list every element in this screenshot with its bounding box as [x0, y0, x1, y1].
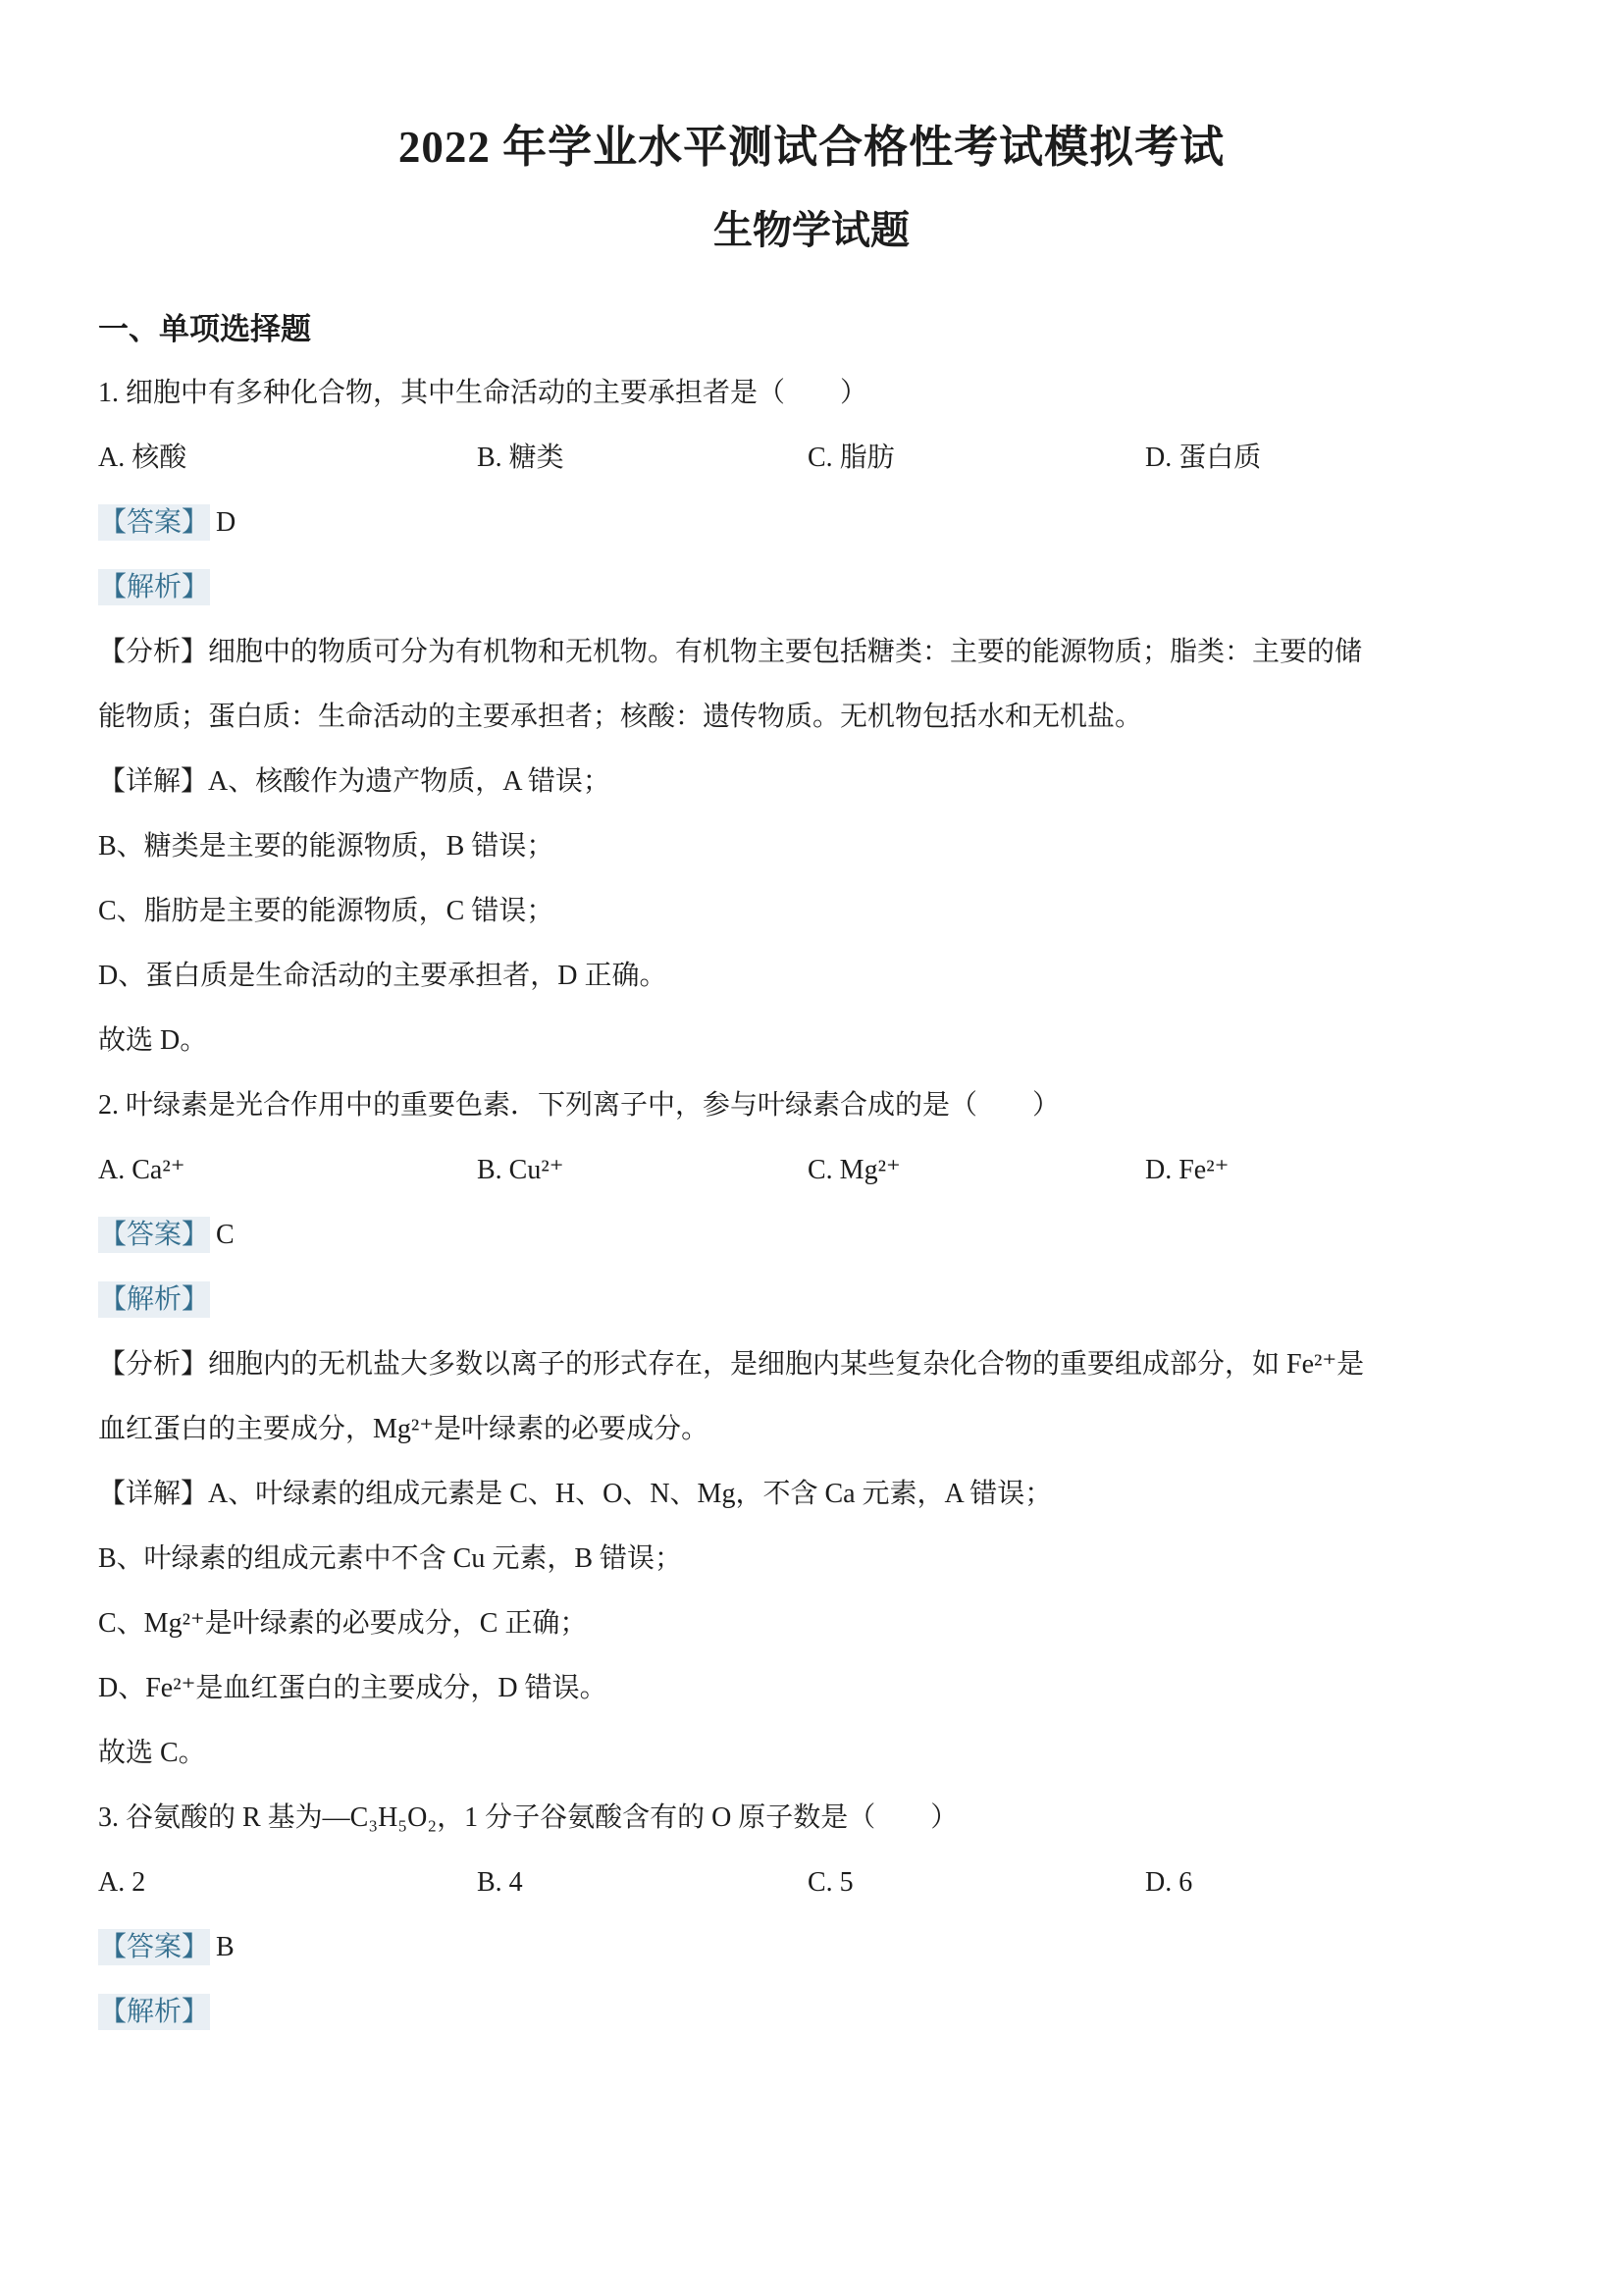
- question-2-answer-line: 【答案】C: [98, 1203, 1525, 1268]
- answer-label: 【答案】: [98, 1217, 210, 1253]
- question-3-options: A. 2 B. 4 C. 5 D. 6: [98, 1851, 1525, 1915]
- question-2-explanation-line: D、Fe²⁺是血红蛋白的主要成分，D 错误。: [98, 1656, 1525, 1721]
- question-3-option-a: A. 2: [98, 1851, 477, 1915]
- question-3-answer-value: B: [216, 1932, 235, 1962]
- question-2-explanation-line: 【详解】A、叶绿素的组成元素是 C、H、O、N、Mg，不含 Ca 元素，A 错误…: [98, 1462, 1525, 1527]
- question-3-answer-line: 【答案】B: [98, 1915, 1525, 1980]
- question-1-explanation-line: 故选 D。: [98, 1009, 1525, 1073]
- question-2-stem: 2. 叶绿素是光合作用中的重要色素．下列离子中，参与叶绿素合成的是（ ）: [98, 1073, 1525, 1138]
- exam-document: 2022 年学业水平测试合格性考试模拟考试 生物学试题 一、单项选择题 1. 细…: [0, 120, 1623, 2045]
- question-1-explanation-line: 能物质；蛋白质：生命活动的主要承担者；核酸：遗传物质。无机物包括水和无机盐。: [98, 685, 1525, 750]
- answer-label: 【答案】: [98, 1929, 210, 1965]
- page-subtitle: 生物学试题: [98, 206, 1525, 255]
- page-title: 2022 年学业水平测试合格性考试模拟考试: [98, 120, 1525, 175]
- question-1-option-c: C. 脂肪: [808, 426, 1145, 491]
- question-2-option-b: B. Cu²⁺: [477, 1138, 808, 1203]
- question-2-option-d: D. Fe²⁺: [1145, 1138, 1525, 1203]
- question-3-analysis-line: 【解析】: [98, 1980, 1525, 2045]
- question-2-explanation-line: 故选 C。: [98, 1721, 1525, 1786]
- analysis-label: 【解析】: [98, 1281, 210, 1318]
- question-2-explanation-line: 血红蛋白的主要成分，Mg²⁺是叶绿素的必要成分。: [98, 1397, 1525, 1462]
- question-2-analysis-line: 【解析】: [98, 1268, 1525, 1332]
- question-1-explanation-line: B、糖类是主要的能源物质，B 错误；: [98, 814, 1525, 879]
- question-2-option-a: A. Ca²⁺: [98, 1138, 477, 1203]
- question-1-option-d: D. 蛋白质: [1145, 426, 1525, 491]
- question-3-stem: 3. 谷氨酸的 R 基为—C₃H₅O₂，1 分子谷氨酸含有的 O 原子数是（ ）: [98, 1786, 1525, 1851]
- question-2-explanation-line: 【分析】细胞内的无机盐大多数以离子的形式存在，是细胞内某些复杂化合物的重要组成部…: [98, 1332, 1525, 1397]
- question-1-explanation-line: D、蛋白质是生命活动的主要承担者，D 正确。: [98, 944, 1525, 1009]
- question-1-answer-line: 【答案】D: [98, 491, 1525, 555]
- question-1-analysis-line: 【解析】: [98, 555, 1525, 620]
- question-2-explanation-line: B、叶绿素的组成元素中不含 Cu 元素，B 错误；: [98, 1527, 1525, 1592]
- analysis-label: 【解析】: [98, 569, 210, 605]
- question-1-stem: 1. 细胞中有多种化合物，其中生命活动的主要承担者是（ ）: [98, 361, 1525, 426]
- section-heading: 一、单项选择题: [98, 298, 1525, 361]
- question-3-option-c: C. 5: [808, 1851, 1145, 1915]
- question-2-answer-value: C: [216, 1220, 235, 1250]
- answer-label: 【答案】: [98, 504, 210, 541]
- question-1-answer-value: D: [216, 507, 236, 538]
- question-1-options: A. 核酸 B. 糖类 C. 脂肪 D. 蛋白质: [98, 426, 1525, 491]
- question-2-explanation-line: C、Mg²⁺是叶绿素的必要成分，C 正确；: [98, 1592, 1525, 1656]
- question-2-option-c: C. Mg²⁺: [808, 1138, 1145, 1203]
- question-1-explanation-line: 【详解】A、核酸作为遗产物质，A 错误；: [98, 750, 1525, 814]
- question-1-explanation-line: C、脂肪是主要的能源物质，C 错误；: [98, 879, 1525, 944]
- question-2-options: A. Ca²⁺ B. Cu²⁺ C. Mg²⁺ D. Fe²⁺: [98, 1138, 1525, 1203]
- question-1-explanation-line: 【分析】细胞中的物质可分为有机物和无机物。有机物主要包括糖类：主要的能源物质；脂…: [98, 620, 1525, 685]
- question-3-option-b: B. 4: [477, 1851, 808, 1915]
- question-1-option-b: B. 糖类: [477, 426, 808, 491]
- analysis-label: 【解析】: [98, 1994, 210, 2030]
- question-3-option-d: D. 6: [1145, 1851, 1525, 1915]
- question-1-option-a: A. 核酸: [98, 426, 477, 491]
